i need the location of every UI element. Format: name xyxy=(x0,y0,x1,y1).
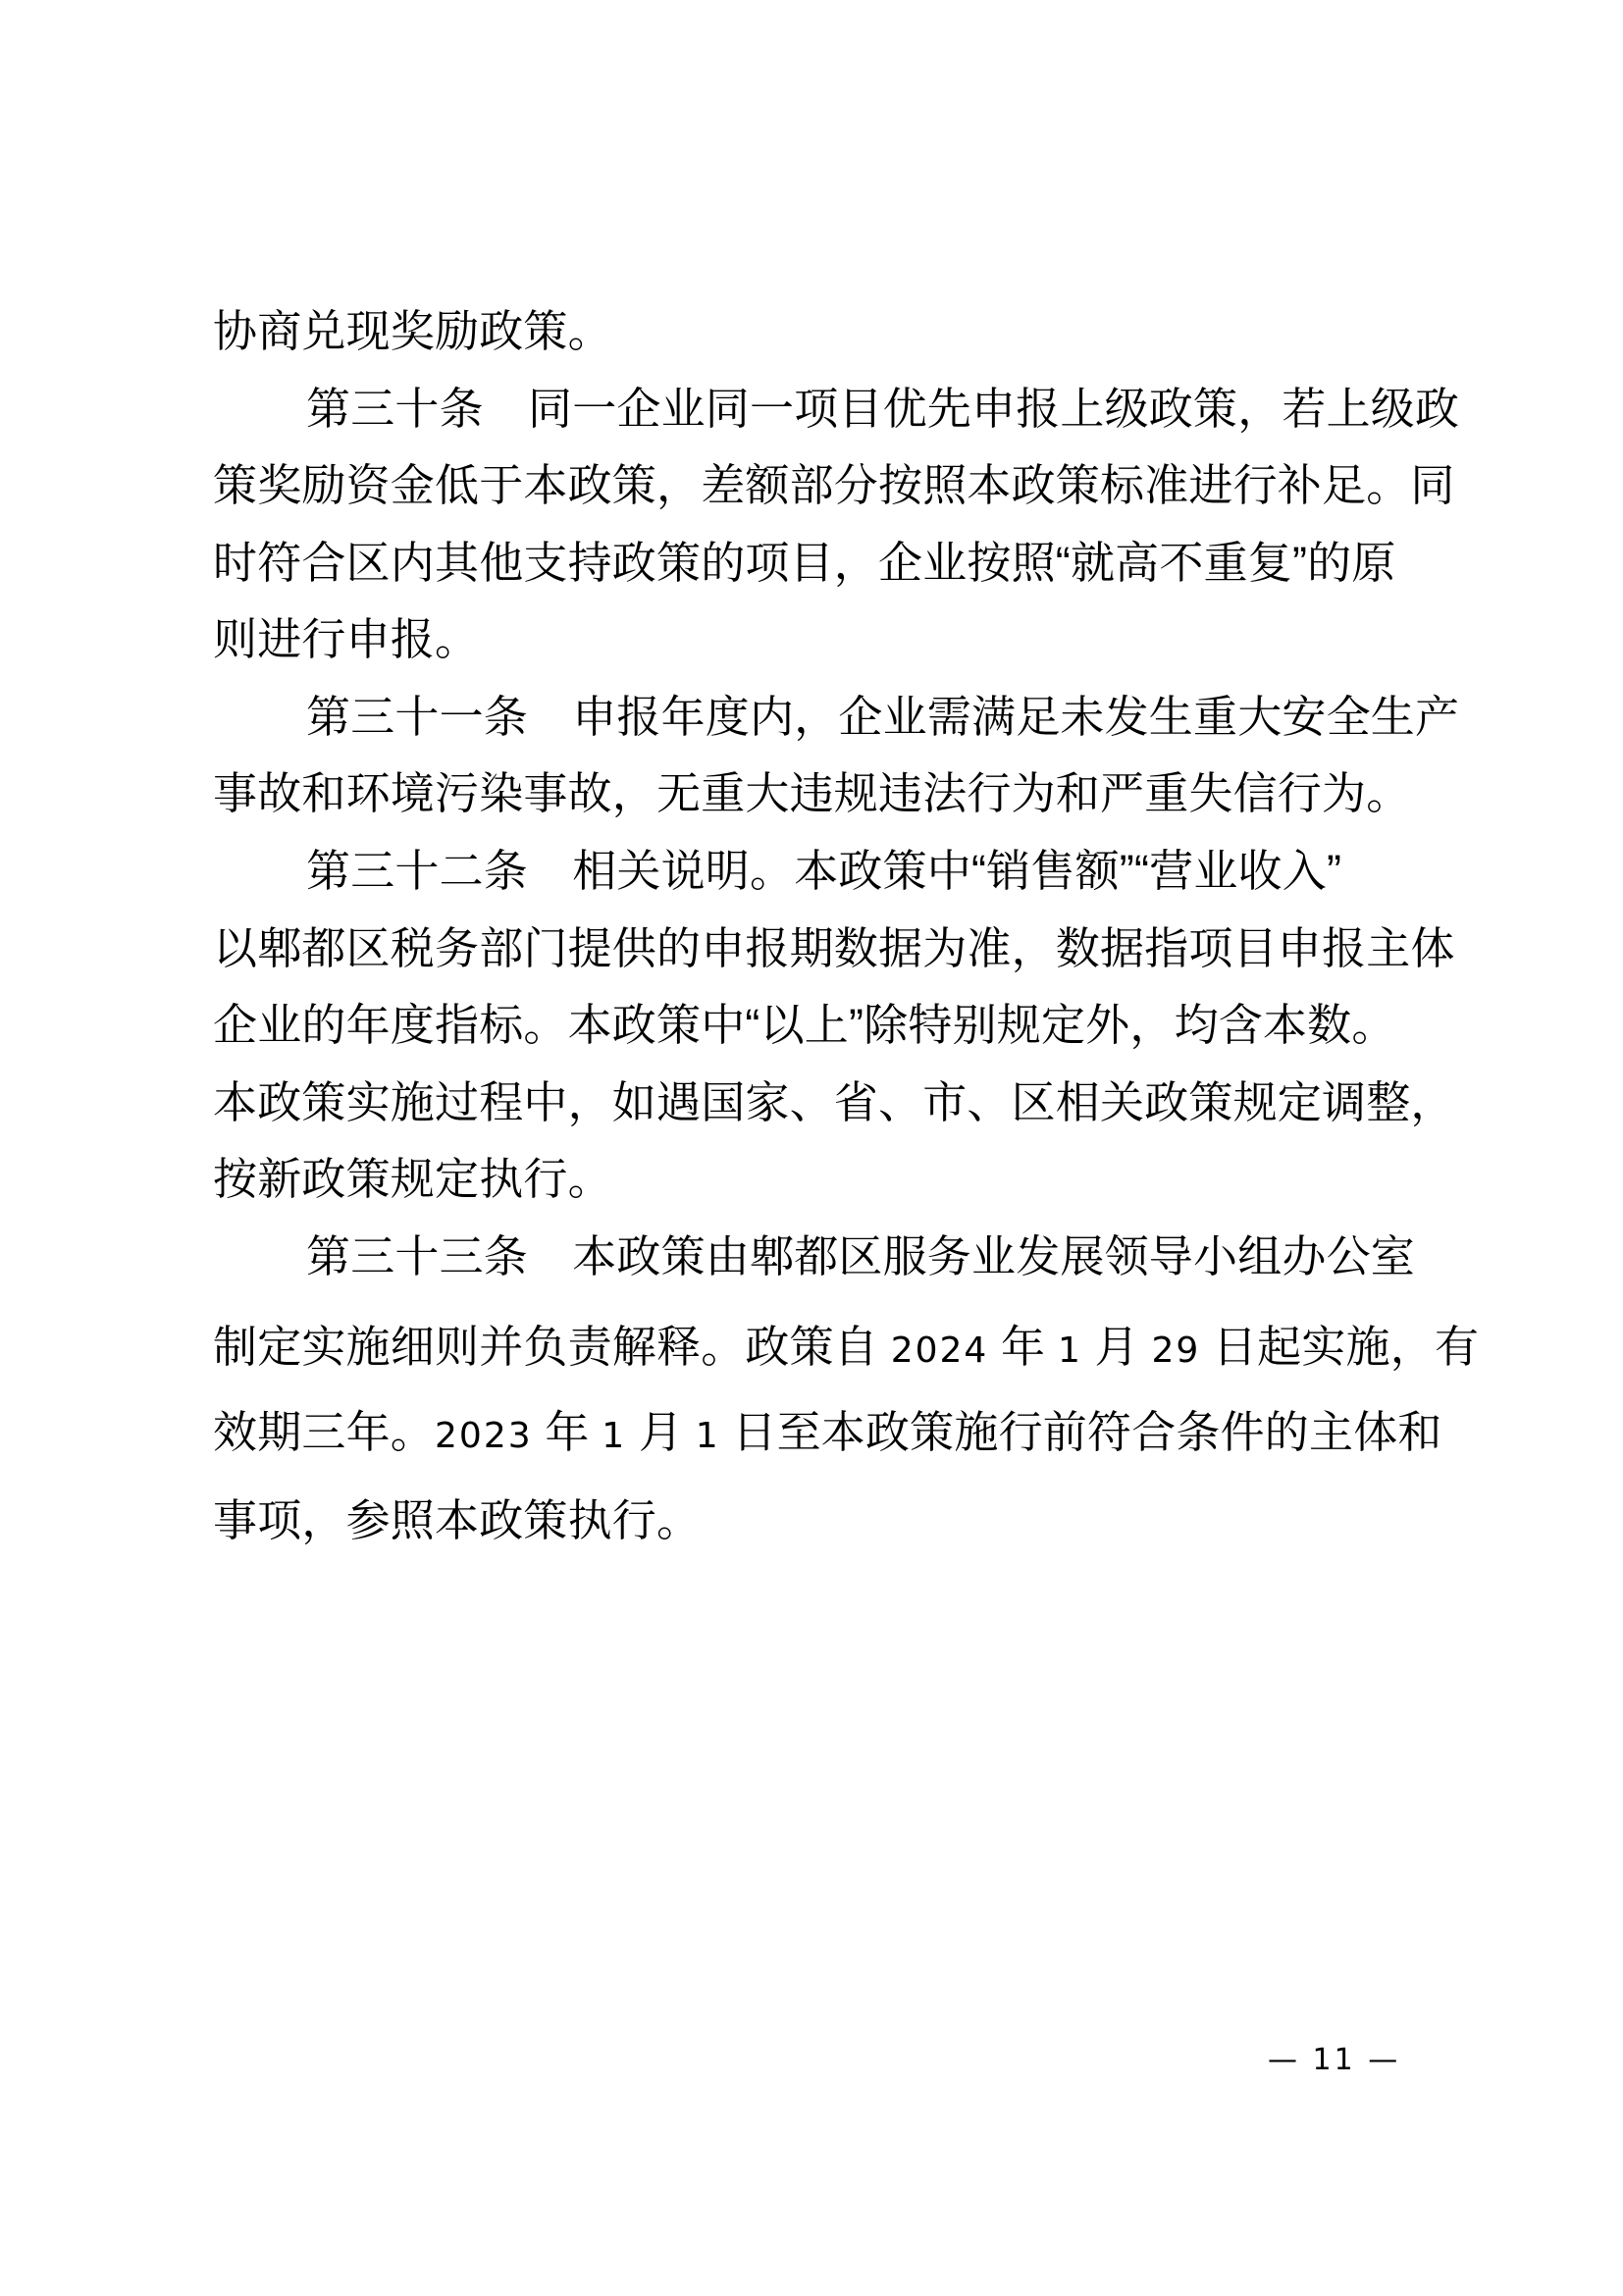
text-line-7: 事故和环境污染事故，无重大违规违法行为和严重失信行为。 xyxy=(213,771,1410,816)
year-number: 2023 xyxy=(435,1416,533,1456)
line-text: 效期三年。 xyxy=(213,1407,435,1457)
line-text: 事故和环境污染事故，无重大违规违法行为和严重失信行为。 xyxy=(213,768,1410,818)
line-text: 月 xyxy=(1082,1322,1152,1372)
text-line-2: 第三十条 同一企业同一项目优先申报上级政策，若上级政 xyxy=(213,387,1459,432)
day-number: 1 xyxy=(696,1416,720,1456)
line-text: 时符合区内其他支持政策的项目，企业按照“就高不重复”的原 xyxy=(213,538,1396,588)
text-line-1: 协商兑现奖励政策。 xyxy=(213,309,612,354)
line-text: 日起实施，有 xyxy=(1200,1322,1479,1372)
line-text: 策奖励资金低于本政策，差额部分按照本政策标准进行补足。同 xyxy=(213,460,1455,510)
line-text: 月 xyxy=(626,1407,696,1457)
line-text: 第三十三条 本政策由郫都区服务业发展领导小组办公室 xyxy=(306,1231,1415,1281)
text-line-5: 则进行申报。 xyxy=(213,617,479,662)
text-line-6: 第三十一条 申报年度内，企业需满足未发生重大安全生产 xyxy=(213,695,1459,740)
month-number: 1 xyxy=(1058,1331,1082,1371)
text-line-4: 时符合区内其他支持政策的项目，企业按照“就高不重复”的原 xyxy=(213,541,1396,586)
line-text: 事项，参照本政策执行。 xyxy=(213,1495,701,1545)
line-text: 制定实施细则并负责解释。政策自 xyxy=(213,1322,891,1372)
line-text: 按新政策规定执行。 xyxy=(213,1154,612,1204)
page-number: — 11 — xyxy=(1268,2043,1400,2077)
line-text: 协商兑现奖励政策。 xyxy=(213,306,612,356)
text-line-15: 效期三年。2023 年 1 月 1 日至本政策施行前符合条件的主体和 xyxy=(213,1410,1442,1459)
line-text: 第三十条 同一企业同一项目优先申报上级政策，若上级政 xyxy=(306,384,1459,434)
text-line-14: 制定实施细则并负责解释。政策自 2024 年 1 月 29 日起实施，有 xyxy=(213,1325,1479,1374)
text-line-11: 本政策实施过程中，如遇国家、省、市、区相关政策规定调整， xyxy=(213,1080,1455,1125)
line-text: 企业的年度指标。本政策中“以上”除特别规定外，均含本数。 xyxy=(213,1000,1396,1050)
line-text: 第三十二条 相关说明。本政策中“销售额”“营业收入” xyxy=(306,846,1341,896)
text-line-13: 第三十三条 本政策由郫都区服务业发展领导小组办公室 xyxy=(213,1234,1415,1279)
line-text: 日至本政策施行前符合条件的主体和 xyxy=(720,1407,1442,1457)
month-number: 1 xyxy=(602,1416,626,1456)
line-text: 年 xyxy=(988,1322,1058,1372)
text-line-3: 策奖励资金低于本政策，差额部分按照本政策标准进行补足。同 xyxy=(213,463,1455,508)
line-text: 第三十一条 申报年度内，企业需满足未发生重大安全生产 xyxy=(306,692,1459,742)
text-line-12: 按新政策规定执行。 xyxy=(213,1157,612,1202)
year-number: 2024 xyxy=(891,1331,989,1371)
day-number: 29 xyxy=(1151,1331,1200,1371)
document-page: 协商兑现奖励政策。 第三十条 同一企业同一项目优先申报上级政策，若上级政 策奖励… xyxy=(0,0,1623,2296)
text-line-16: 事项，参照本政策执行。 xyxy=(213,1498,701,1543)
line-text: 年 xyxy=(533,1407,602,1457)
text-line-9: 以郫都区税务部门提供的申报期数据为准，数据指项目申报主体 xyxy=(213,926,1455,971)
text-line-10: 企业的年度指标。本政策中“以上”除特别规定外，均含本数。 xyxy=(213,1003,1396,1048)
line-text: 以郫都区税务部门提供的申报期数据为准，数据指项目申报主体 xyxy=(213,923,1455,973)
text-line-8: 第三十二条 相关说明。本政策中“销售额”“营业收入” xyxy=(213,849,1341,894)
line-text: 则进行申报。 xyxy=(213,614,479,664)
line-text: 本政策实施过程中，如遇国家、省、市、区相关政策规定调整， xyxy=(213,1077,1455,1127)
